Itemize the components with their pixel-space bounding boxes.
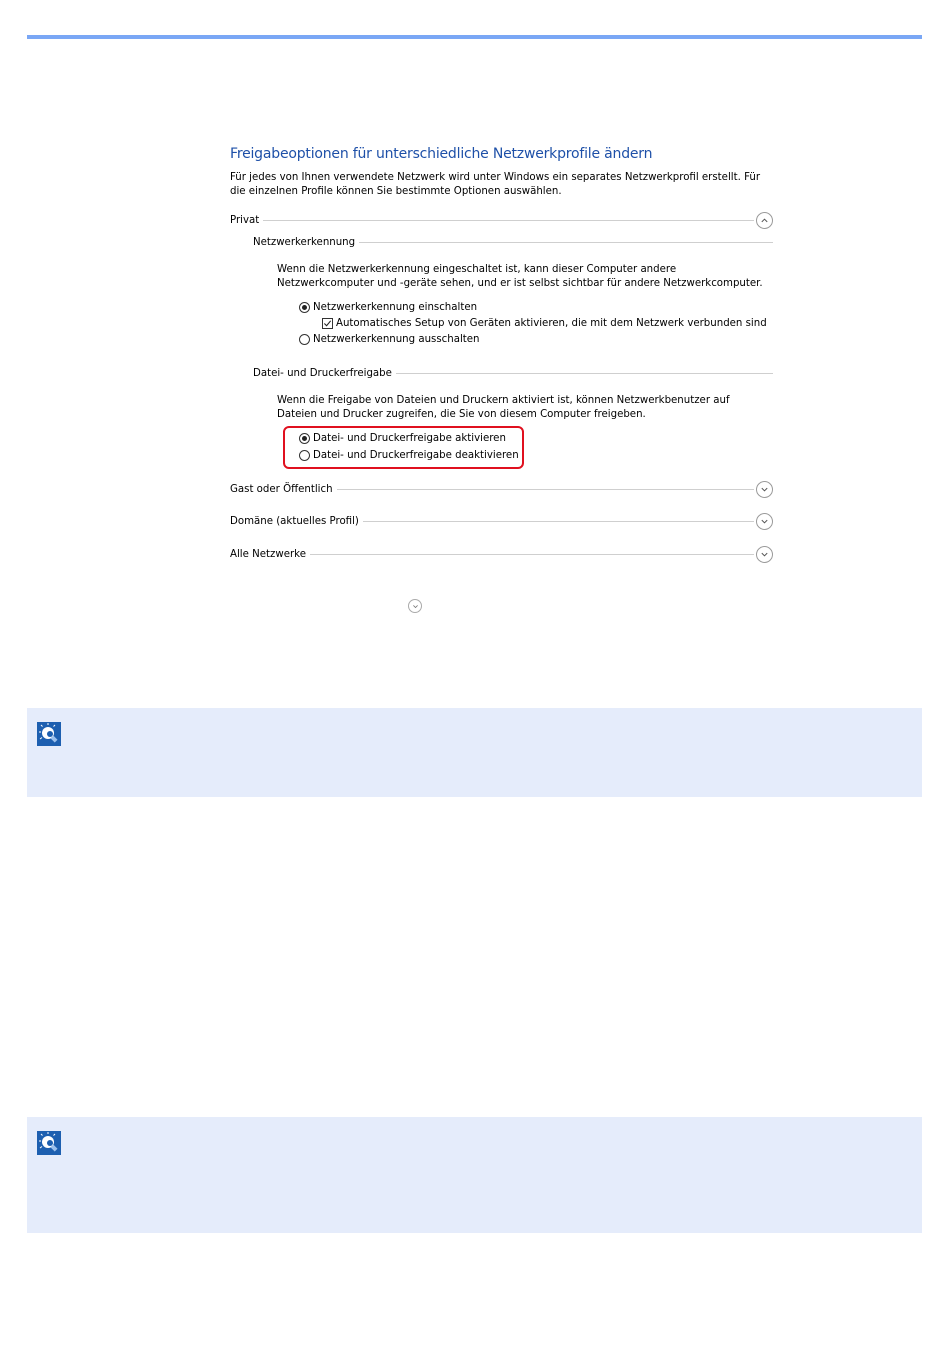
profile-label: Gast oder Öffentlich (230, 484, 337, 495)
chevron-down-icon[interactable] (756, 546, 773, 563)
radio-unselected-icon[interactable] (299, 450, 310, 461)
network-discovery-description: Wenn die Netzwerkerkennung eingeschaltet… (277, 263, 767, 291)
radio-unselected-icon[interactable] (299, 334, 310, 345)
section-heading: Datei- und Druckerfreigabe (253, 368, 396, 379)
option-label: Datei- und Druckerfreigabe deaktivieren (313, 450, 519, 461)
radio-selected-icon[interactable] (299, 433, 310, 444)
profile-label: Domäne (aktuelles Profil) (230, 516, 363, 527)
dialog-description: Für jedes von Ihnen verwendete Netzwerk … (230, 171, 775, 199)
divider (263, 220, 754, 221)
dialog-title: Freigabeoptionen für unterschiedliche Ne… (230, 146, 652, 162)
chevron-up-icon[interactable] (756, 212, 773, 229)
chevron-down-icon[interactable] (756, 481, 773, 498)
section-heading: Netzwerkerkennung (253, 237, 359, 248)
header-rule (27, 35, 922, 39)
radio-network-discovery-off[interactable]: Netzwerkerkennung ausschalten (299, 334, 480, 345)
file-printer-sharing-description: Wenn die Freigabe von Dateien und Drucke… (277, 394, 767, 422)
radio-selected-icon[interactable] (299, 302, 310, 313)
divider (363, 521, 754, 522)
divider (337, 489, 754, 490)
option-label: Automatisches Setup von Geräten aktivier… (336, 318, 767, 329)
profile-guest-public[interactable]: Gast oder Öffentlich (230, 481, 773, 497)
option-label: Netzwerkerkennung ausschalten (313, 334, 480, 345)
radio-network-discovery-on[interactable]: Netzwerkerkennung einschalten (299, 302, 477, 313)
option-label: Netzwerkerkennung einschalten (313, 302, 477, 313)
profile-label: Privat (230, 215, 263, 226)
radio-file-sharing-on[interactable]: Datei- und Druckerfreigabe aktivieren (299, 433, 506, 444)
note-box (27, 708, 922, 797)
profile-privat[interactable]: Privat (230, 212, 773, 228)
option-label: Datei- und Druckerfreigabe aktivieren (313, 433, 506, 444)
note-box (27, 1117, 922, 1233)
lightbulb-note-icon (37, 1131, 61, 1155)
profile-label: Alle Netzwerke (230, 549, 310, 560)
checkbox-checked-icon[interactable] (322, 318, 333, 329)
file-printer-sharing-heading: Datei- und Druckerfreigabe (253, 365, 773, 381)
profile-all-networks[interactable]: Alle Netzwerke (230, 546, 773, 562)
scroll-down-chevron-icon[interactable] (408, 599, 422, 613)
divider (359, 242, 773, 243)
profile-domain[interactable]: Domäne (aktuelles Profil) (230, 513, 773, 529)
sharing-options-dialog: Freigabeoptionen für unterschiedliche Ne… (222, 138, 782, 618)
checkbox-auto-setup[interactable]: Automatisches Setup von Geräten aktivier… (322, 318, 767, 329)
divider (396, 373, 773, 374)
divider (310, 554, 754, 555)
chevron-down-icon[interactable] (756, 513, 773, 530)
radio-file-sharing-off[interactable]: Datei- und Druckerfreigabe deaktivieren (299, 450, 519, 461)
network-discovery-heading: Netzwerkerkennung (253, 234, 773, 250)
lightbulb-note-icon (37, 722, 61, 746)
